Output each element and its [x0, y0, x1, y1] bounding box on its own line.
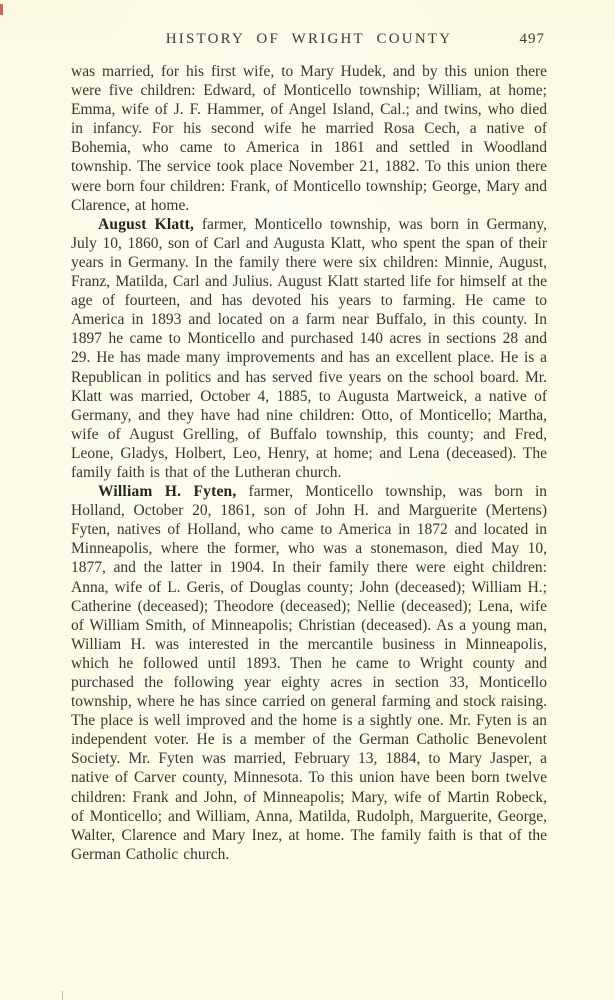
scan-edge-artifact	[62, 991, 63, 1000]
paragraph: William H. Fyten, farmer, Monticello tow…	[71, 482, 547, 864]
entry-name: William H. Fyten,	[98, 483, 236, 500]
page-body: was married, for his first wife, to Mary…	[71, 62, 547, 864]
page-number: 497	[520, 31, 546, 48]
paragraph: August Klatt, farmer, Monticello townshi…	[71, 215, 547, 482]
scan-edge-artifact	[0, 4, 3, 15]
book-page-scan: HISTORY OF WRIGHT COUNTY 497 was married…	[0, 0, 615, 1000]
entry-name: August Klatt,	[98, 216, 194, 233]
paragraph: was married, for his first wife, to Mary…	[71, 62, 547, 215]
page-title: HISTORY OF WRIGHT COUNTY	[71, 31, 547, 48]
running-head: HISTORY OF WRIGHT COUNTY 497	[71, 31, 547, 48]
